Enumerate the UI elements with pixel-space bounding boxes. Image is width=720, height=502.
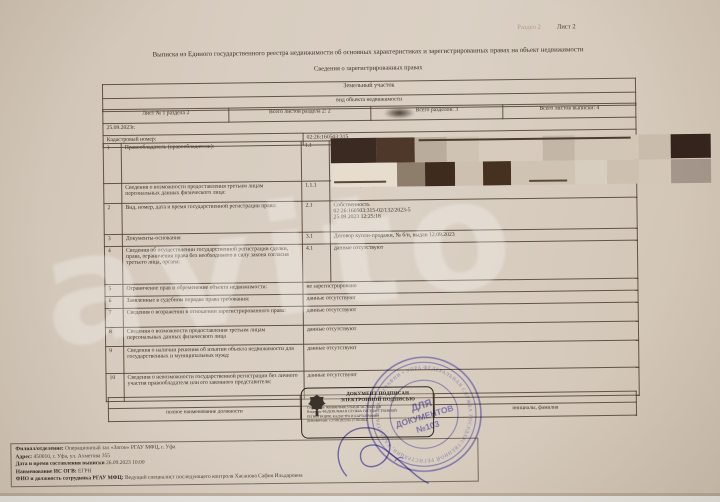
row-label: Правообладатель (правообладатели):	[121, 141, 301, 183]
row-value: данные отсутствуют	[330, 240, 637, 282]
footer-label: Наименование ИС ОГВ:	[16, 468, 77, 475]
row-sub: 4.1	[302, 244, 330, 282]
redaction-block	[671, 134, 711, 158]
redaction-block	[575, 160, 607, 184]
paper-sheet: Раздел 2 Лист 2 Выписка из Единого госуд…	[0, 0, 720, 502]
sheet-info-cell: Лист № 1 раздела 2	[103, 108, 229, 124]
row-num: 6	[105, 296, 123, 308]
row-num: 5	[105, 284, 123, 296]
footer-label: Дата и время составления выписки	[16, 460, 105, 467]
row-num: 4	[104, 246, 122, 284]
sheet-label: Лист 2	[557, 23, 576, 30]
row-num: 9	[106, 346, 124, 373]
row-num: 1	[103, 143, 121, 183]
document-photo: Раздел 2 Лист 2 Выписка из Единого госуд…	[0, 0, 720, 502]
table-row: 4 Сведения об осуществлении государствен…	[104, 240, 637, 285]
row-sub: 3.1	[302, 232, 330, 244]
redaction-block	[639, 159, 671, 183]
document-subtitle: Сведения о зарегистрированных правах	[98, 62, 639, 76]
redaction-block	[483, 161, 511, 185]
document-title: Выписка из Единого государственного реес…	[98, 46, 639, 60]
footer-value: Ведущий специалист последующего контроля…	[125, 473, 303, 481]
photo-background-strip	[0, 496, 720, 502]
footer-value: 450010, г. Уфа, ул. Ахметова 355	[33, 453, 110, 460]
redaction-block	[331, 163, 397, 188]
redaction-block	[639, 134, 671, 159]
redaction-block	[455, 161, 483, 185]
redaction-block	[607, 160, 639, 184]
footer-value: Операционный зал «Затон» РГАУ МФЦ, г. Уф…	[65, 444, 175, 451]
footer-label: Адрес:	[15, 454, 32, 460]
row-num	[104, 183, 122, 203]
footer-value: 26.09.2023 10:00	[106, 460, 145, 466]
row-sub: 1.1	[301, 141, 329, 181]
row-num: 3	[104, 234, 122, 246]
redaction-block	[671, 159, 711, 183]
footer-value: ЕГРН	[78, 468, 92, 474]
footer-label: ФИО и должность сотрудника РГАУ МФЦ:	[16, 475, 124, 482]
row-sub: 2.1	[302, 201, 330, 232]
redaction-block	[397, 162, 425, 186]
row-label: Сведения о возражении в отношении зареги…	[123, 306, 303, 327]
sheet-reference: Раздел 2 Лист 2	[517, 23, 617, 31]
row-label: Сведения о наличии решения об изъятии об…	[124, 344, 304, 373]
rosreestr-emblem-icon	[307, 393, 327, 417]
row-num: 7	[105, 308, 123, 327]
row-label: Сведения о возможности предоставления тр…	[123, 325, 303, 346]
row-num: 8	[105, 327, 123, 346]
row-sub: 1.1.1	[302, 181, 330, 201]
redaction-block	[331, 138, 377, 164]
row-label: Сведения о возможности предоставления тр…	[122, 181, 302, 203]
position-caption: полное наименование должности	[108, 406, 300, 421]
footer-label: Филиал/отделение:	[15, 446, 63, 453]
row-label: Сведения об осуществлении государственно…	[122, 244, 302, 284]
row-label: Вид, номер, дата и время государственной…	[122, 201, 302, 234]
redaction-block	[377, 137, 415, 162]
handwritten-signature	[324, 417, 455, 487]
row-num: 2	[104, 203, 122, 234]
row-value: Собственность 02:26:160503:315-02/132/20…	[330, 197, 637, 232]
redaction-block	[425, 162, 455, 186]
section-label: Раздел 2	[517, 24, 541, 31]
